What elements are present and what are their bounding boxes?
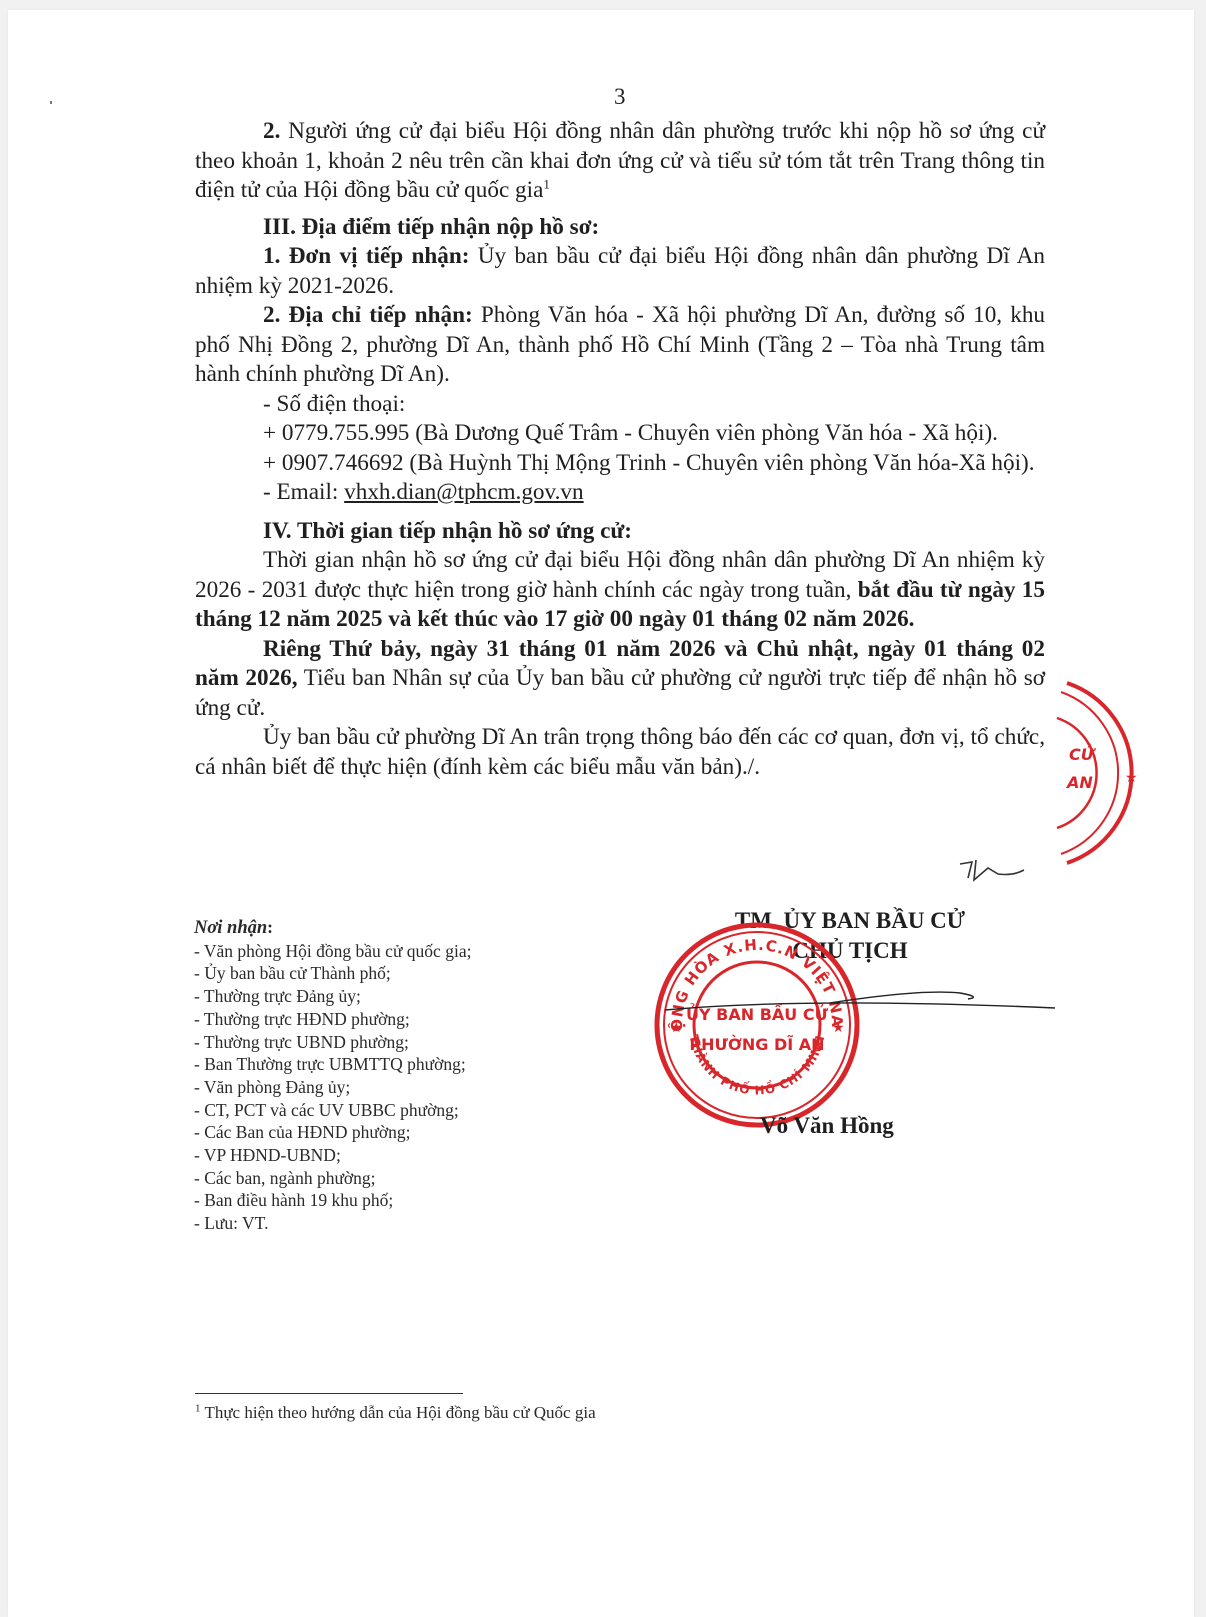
official-seal: CỘNG HÒA X.H.C.N VIỆT NAM THÀNH PHỐ HỒ C…	[652, 920, 862, 1130]
signer-name: Võ Văn Hồng	[760, 1113, 894, 1139]
closing-statement: Ủy ban bầu cử phường Dĩ An trân trọng th…	[195, 723, 1045, 782]
recipient-item: - Ban Thường trực UBMTTQ phường;	[194, 1053, 471, 1076]
recipient-item: - CT, PCT và các UV UBBC phường;	[194, 1099, 471, 1122]
document-body: 2. Người ứng cử đại biểu Hội đồng nhân d…	[195, 117, 1045, 782]
receiving-unit: 1. Đơn vị tiếp nhận: Ủy ban bầu cử đại b…	[195, 242, 1045, 301]
footnote-divider	[195, 1393, 463, 1394]
recipient-item: - Thường trực HĐND phường;	[194, 1008, 471, 1031]
phone-entry: + 0907.746692 (Bà Huỳnh Thị Mộng Trinh -…	[195, 449, 1045, 479]
phone-label: - Số điện thoại:	[195, 390, 1045, 420]
email-line: - Email: vhxh.dian@tphcm.gov.vn	[195, 478, 1045, 508]
recipient-item: - Thường trực Đảng ủy;	[194, 985, 471, 1008]
svg-text:★: ★	[1125, 771, 1138, 786]
recipient-item: - VP HĐND-UBND;	[194, 1144, 471, 1167]
recipient-item: - Văn phòng Đảng ủy;	[194, 1076, 471, 1099]
email-link[interactable]: vhxh.dian@tphcm.gov.vn	[344, 479, 583, 505]
handwritten-signature	[660, 985, 1060, 1025]
section-iv-heading: IV. Thời gian tiếp nhận hồ sơ ứng cử:	[195, 517, 1045, 547]
recipient-item: - Văn phòng Hội đồng bầu cử quốc gia;	[194, 940, 471, 963]
recipient-item: - Ủy ban bầu cử Thành phố;	[194, 962, 471, 985]
recipient-item: - Các ban, ngành phường;	[194, 1167, 471, 1190]
recipient-item: - Các Ban của HĐND phường;	[194, 1121, 471, 1144]
initials-mark	[958, 858, 1028, 884]
scan-speck	[50, 101, 52, 104]
footnote: 1 Thực hiện theo hướng dẫn của Hội đồng …	[195, 1403, 596, 1423]
recipients-list: - Văn phòng Hội đồng bầu cử quốc gia;- Ủ…	[194, 940, 471, 1235]
svg-text:CỬ: CỬ	[1069, 743, 1097, 764]
svg-text:PHƯỜNG DĨ AN: PHƯỜNG DĨ AN	[689, 1035, 824, 1054]
edge-seal-fragment: CỬ AN ★	[1055, 678, 1155, 868]
page-number: 3	[614, 84, 626, 110]
recipient-item: - Thường trực UBND phường;	[194, 1031, 471, 1054]
recipient-item: - Lưu: VT.	[194, 1212, 471, 1235]
section-ii-item-2: 2. Người ứng cử đại biểu Hội đồng nhân d…	[195, 117, 1045, 206]
section-iii-heading: III. Địa điểm tiếp nhận nộp hồ sơ:	[195, 213, 1045, 243]
recipient-item: - Ban điều hành 19 khu phố;	[194, 1189, 471, 1212]
recipients-block: Nơi nhận: - Văn phòng Hội đồng bầu cử qu…	[194, 916, 471, 1235]
svg-text:AN: AN	[1065, 773, 1093, 792]
phone-entry: + 0779.755.995 (Bà Dương Quế Trâm - Chuy…	[195, 419, 1045, 449]
receiving-address: 2. Địa chỉ tiếp nhận: Phòng Văn hóa - Xã…	[195, 301, 1045, 390]
weekend-arrangement: Riêng Thứ bảy, ngày 31 tháng 01 năm 2026…	[195, 635, 1045, 724]
recipients-title: Nơi nhận	[194, 918, 267, 938]
footnote-ref: 1	[543, 176, 550, 191]
receiving-time: Thời gian nhận hồ sơ ứng cử đại biểu Hội…	[195, 546, 1045, 635]
